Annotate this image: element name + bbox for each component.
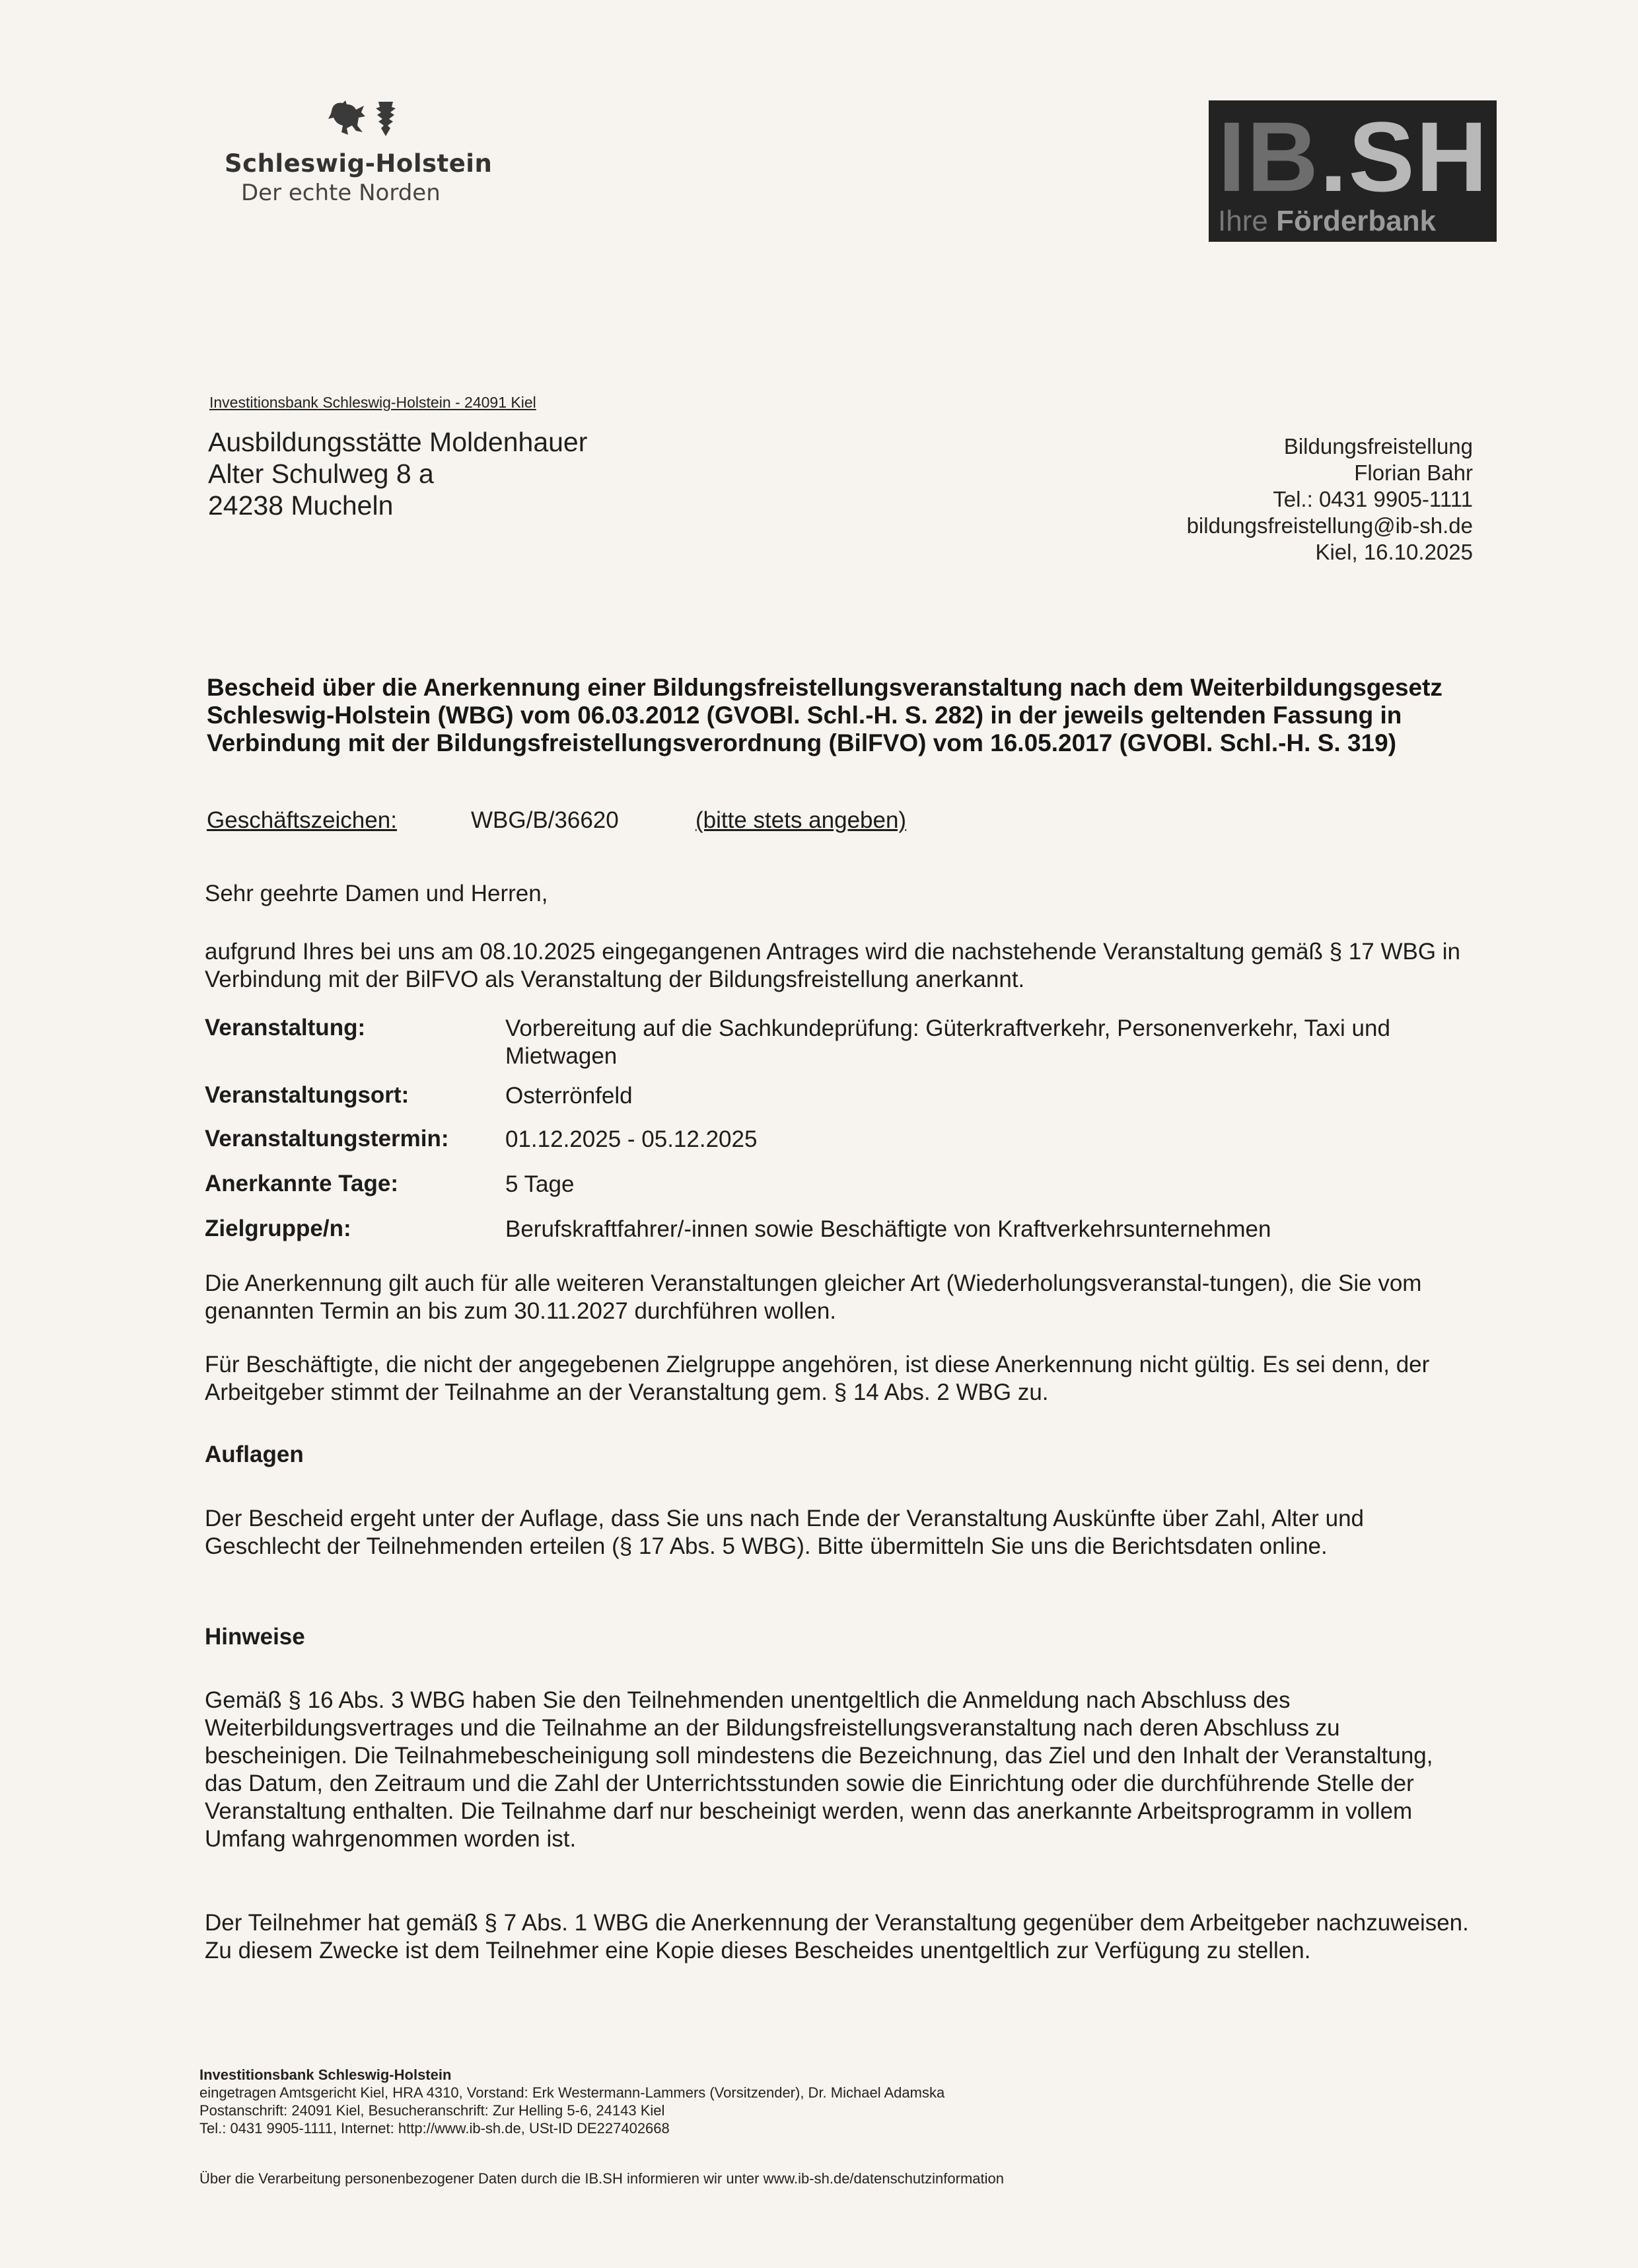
notes-paragraph-2: Der Teilnehmer hat gemäß § 7 Abs. 1 WBG … (205, 1909, 1473, 1965)
footer-registry: eingetragen Amtsgericht Kiel, HRA 4310, … (199, 2084, 944, 2102)
state-tagline: Der echte Norden (241, 180, 441, 206)
recipient-city: 24238 Mucheln (208, 490, 587, 521)
contact-email: bildungsfreistellung@ib-sh.de (1187, 513, 1473, 539)
detail-value: Vorbereitung auf die Sachkundeprüfung: G… (505, 1015, 1473, 1070)
detail-value: 01.12.2025 - 05.12.2025 (505, 1126, 1473, 1153)
coat-of-arms-icon (327, 99, 400, 139)
state-name: Schleswig-Holstein (225, 149, 492, 178)
detail-row-target-group: Zielgruppe/n: Berufskraftfahrer/-innen s… (205, 1216, 1473, 1255)
place-date: Kiel, 16.10.2025 (1187, 539, 1473, 566)
detail-row-date: Veranstaltungstermin: 01.12.2025 - 05.12… (205, 1126, 1473, 1171)
target-group-note: Für Beschäftigte, die nicht der angegebe… (205, 1351, 1473, 1407)
detail-label: Veranstaltungstermin: (205, 1126, 449, 1152)
contact-person: Florian Bahr (1187, 460, 1473, 486)
footer-company: Investitionsbank Schleswig-Holstein (199, 2066, 944, 2084)
footer-addresses: Postanschrift: 24091 Kiel, Besucheransch… (199, 2102, 944, 2119)
notes-heading: Hinweise (205, 1624, 305, 1650)
recipient-street: Alter Schulweg 8 a (208, 458, 587, 490)
logo-ihre: Ihre (1218, 205, 1268, 237)
contact-phone: Tel.: 0431 9905-1111 (1187, 486, 1473, 513)
bank-logo-subtitle: Ihre Förderbank (1218, 205, 1436, 238)
notes-paragraph-1: Gemäß § 16 Abs. 3 WBG haben Sie den Teil… (205, 1687, 1473, 1853)
bank-logo-mark: IB.SH (1218, 107, 1489, 206)
state-logo: Schleswig-Holstein Der echte Norden (211, 99, 449, 205)
reference-label: Geschäftszeichen: (207, 807, 397, 833)
recipient-name: Ausbildungsstätte Moldenhauer (208, 426, 587, 458)
privacy-note: Über die Verarbeitung personenbezogener … (199, 2170, 1004, 2187)
detail-label: Zielgruppe/n: (205, 1216, 351, 1242)
detail-value: Berufskraftfahrer/-innen sowie Beschäfti… (505, 1216, 1473, 1243)
contact-block: Bildungsfreistellung Florian Bahr Tel.: … (1187, 433, 1473, 566)
detail-row-location: Veranstaltungsort: Osterrönfeld (205, 1082, 1473, 1126)
document-title: Bescheid über die Anerkennung einer Bild… (207, 674, 1462, 757)
salutation: Sehr geehrte Damen und Herren, (205, 880, 1473, 908)
bank-logo: IB.SH Ihre Förderbank (1209, 100, 1497, 242)
detail-label: Veranstaltung: (205, 1015, 365, 1041)
detail-value: Osterrönfeld (505, 1082, 1473, 1110)
footer-contact: Tel.: 0431 9905-1111, Internet: http://w… (199, 2119, 944, 2137)
detail-row-event: Veranstaltung: Vorbereitung auf die Sach… (205, 1015, 1473, 1082)
detail-label: Veranstaltungsort: (205, 1082, 409, 1109)
footer: Investitionsbank Schleswig-Holstein eing… (199, 2066, 944, 2137)
detail-value: 5 Tage (505, 1171, 1473, 1198)
validity-paragraph: Die Anerkennung gilt auch für alle weite… (205, 1270, 1473, 1325)
event-details: Veranstaltung: Vorbereitung auf die Sach… (205, 1015, 1473, 1255)
detail-label: Anerkannte Tage: (205, 1171, 398, 1197)
reference-number: WBG/B/36620 (471, 807, 619, 834)
conditions-heading: Auflagen (205, 1442, 304, 1468)
conditions-paragraph: Der Bescheid ergeht unter der Auflage, d… (205, 1505, 1473, 1560)
contact-department: Bildungsfreistellung (1187, 433, 1473, 460)
detail-row-days: Anerkannte Tage: 5 Tage (205, 1171, 1473, 1216)
logo-sh: .SH (1320, 101, 1489, 212)
reference-row: Geschäftszeichen: WBG/B/36620 (bitte ste… (207, 807, 397, 834)
reference-note: (bitte stets angeben) (695, 807, 906, 834)
logo-ib: IB (1218, 101, 1320, 212)
sender-return-address: Investitionsbank Schleswig-Holstein - 24… (209, 394, 536, 412)
intro-paragraph: aufgrund Ihres bei uns am 08.10.2025 ein… (205, 938, 1473, 994)
logo-foerderbank: Förderbank (1276, 205, 1436, 237)
recipient-address: Ausbildungsstätte Moldenhauer Alter Schu… (208, 426, 587, 521)
